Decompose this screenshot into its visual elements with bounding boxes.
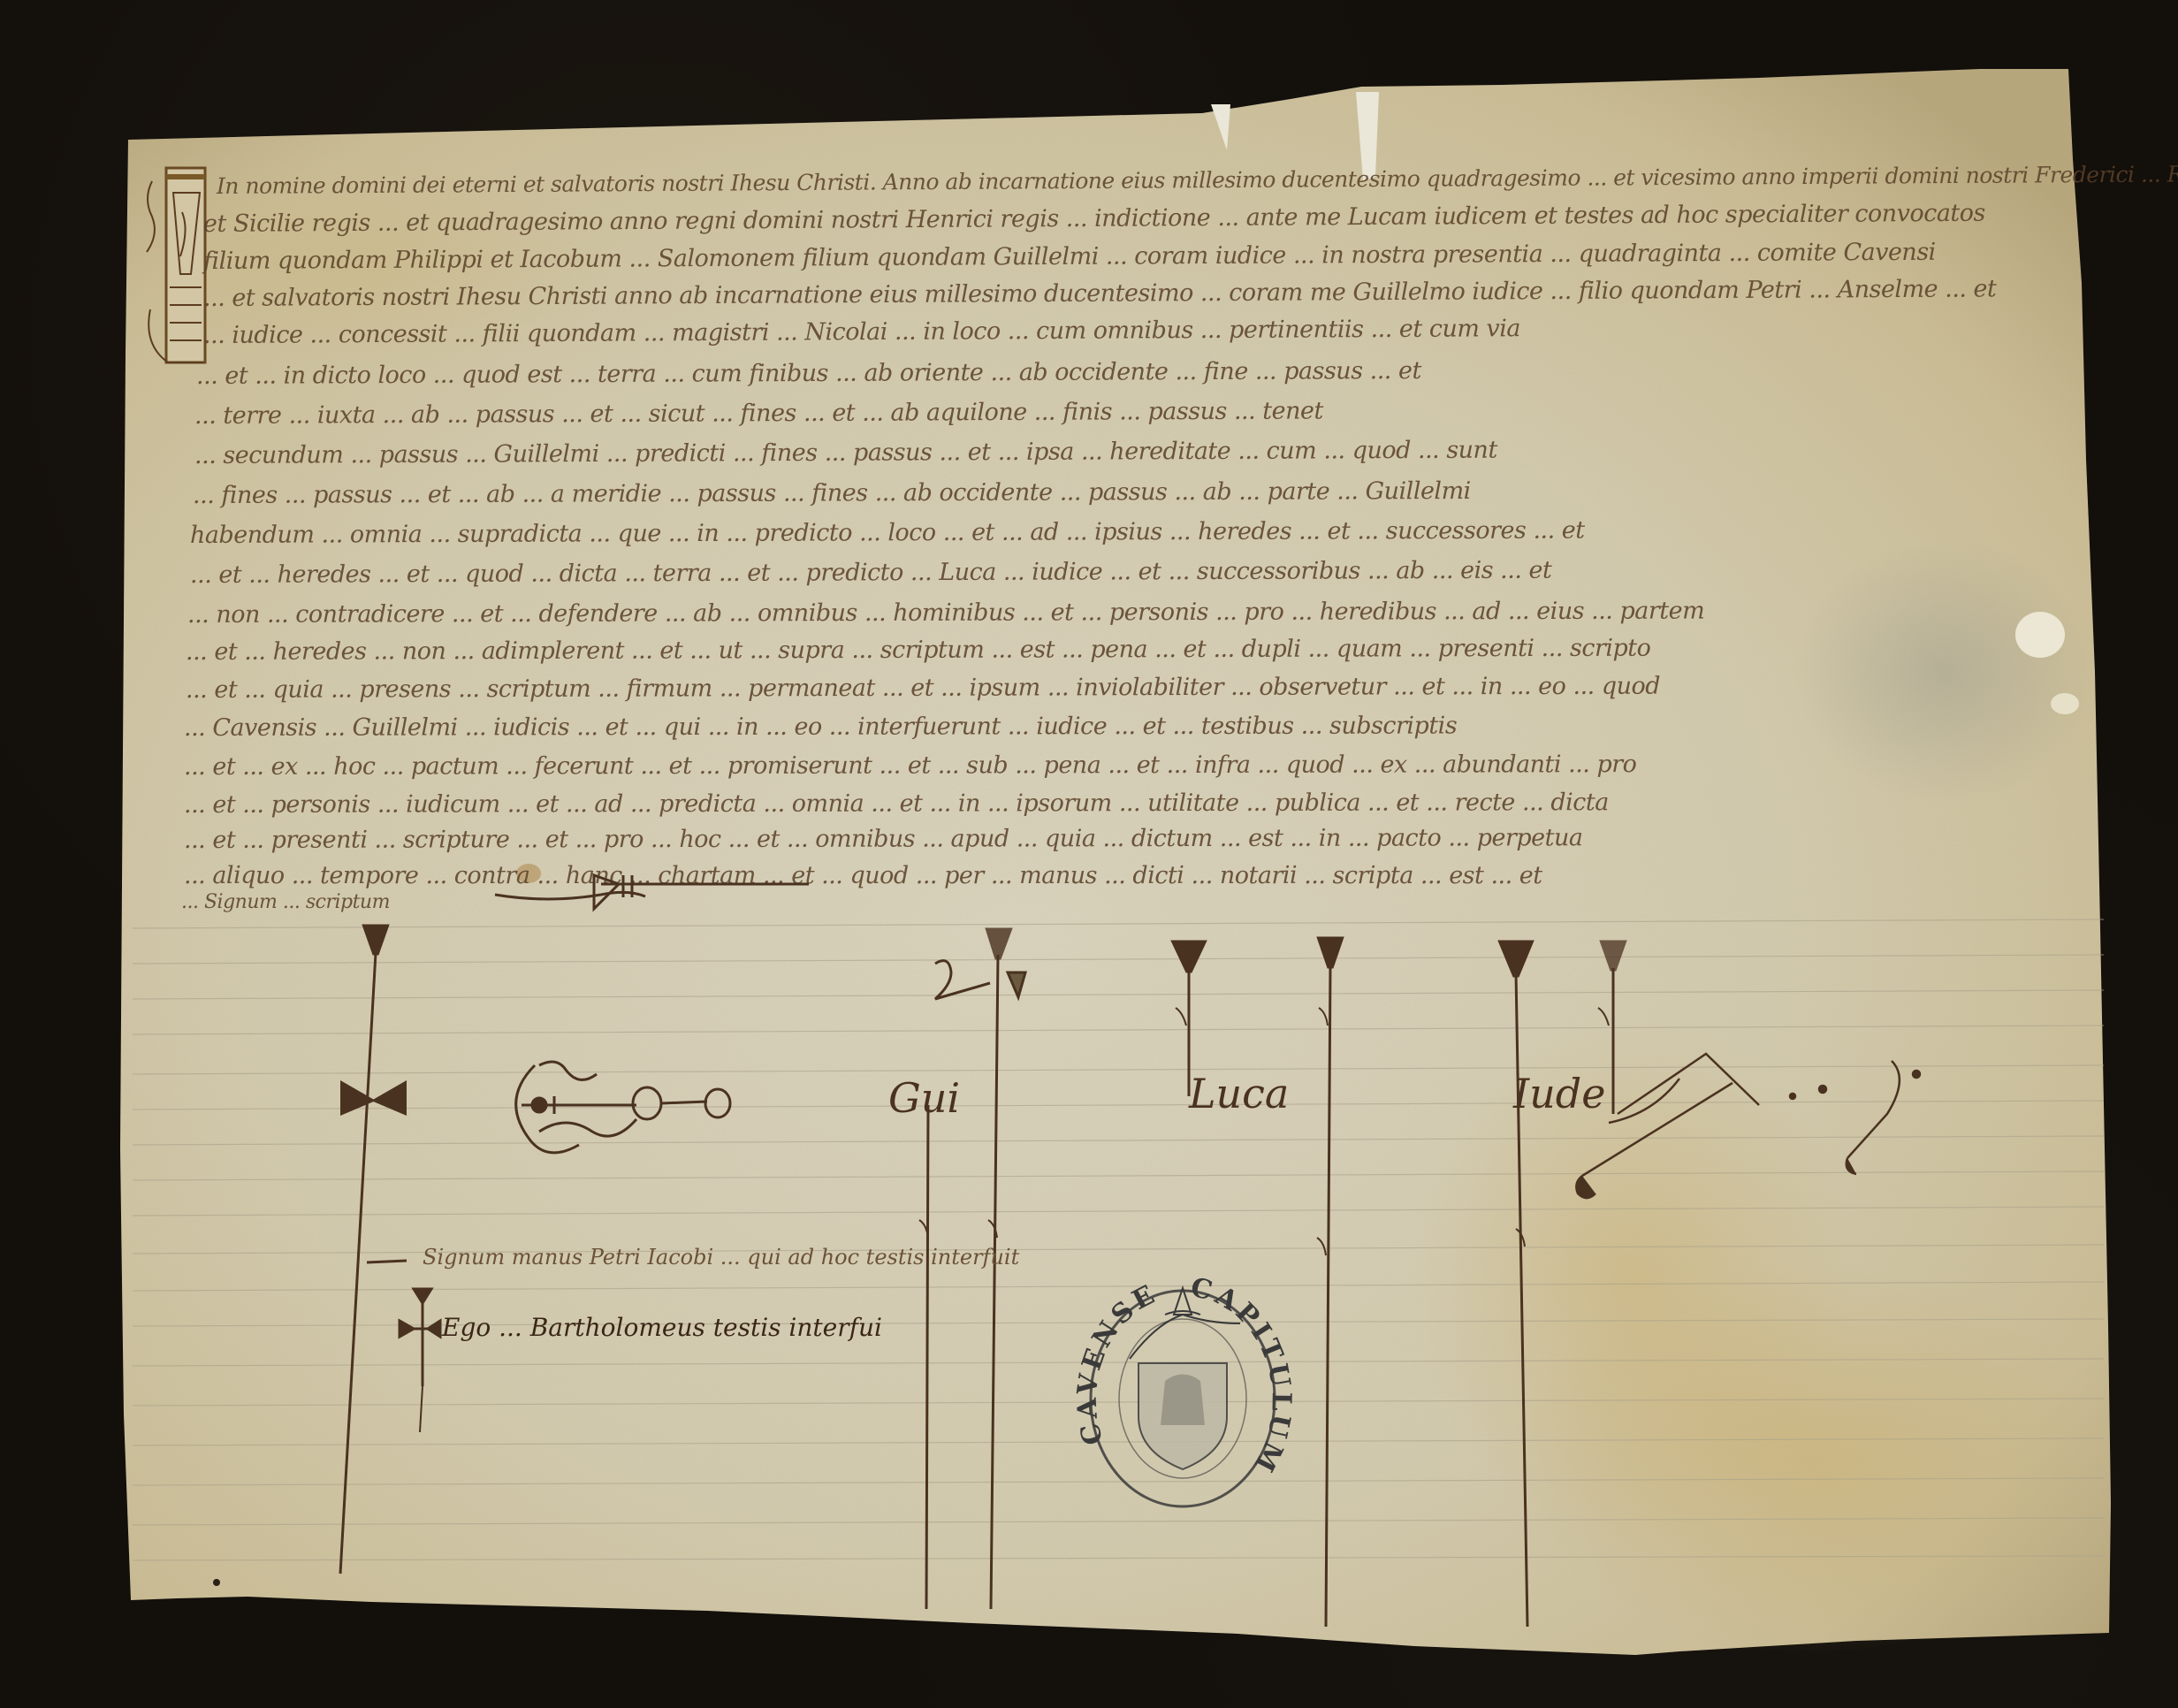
text-line-17: ... et ... personis ... iudicum ... et .… xyxy=(184,788,2084,819)
subscription-ego-bartholomeus: Ego ... Bartholomeus testis interfui xyxy=(442,1313,882,1342)
signature-gui: Gui xyxy=(888,1074,960,1122)
subscription-signum-manus: Signum manus Petri Iacobi ... qui ad hoc… xyxy=(423,1245,1019,1270)
signature-iude: Iude xyxy=(1513,1070,1605,1117)
text-line-16: ... et ... ex ... hoc ... pactum ... fec… xyxy=(184,750,2084,781)
text-line-14: ... et ... quia ... presens ... scriptum… xyxy=(186,671,2077,704)
text-line-18: ... et ... presenti ... scripture ... et… xyxy=(184,823,2084,854)
signature-luca: Luca xyxy=(1189,1070,1289,1117)
parchment-charter: In nomine domini dei eterni et salvatori… xyxy=(0,0,2178,1708)
text-line-19: ... aliquo ... tempore ... contra ... ha… xyxy=(184,862,2084,889)
text-line-closing: ... Signum ... scriptum xyxy=(181,891,676,913)
text-line-15: ... Cavensis ... Guillelmi ... iudicis .… xyxy=(184,711,2084,742)
text-line-12: ... non ... contradicere ... et ... defe… xyxy=(187,596,2079,629)
text-line-13: ... et ... heredes ... non ... adimplere… xyxy=(186,633,2077,666)
